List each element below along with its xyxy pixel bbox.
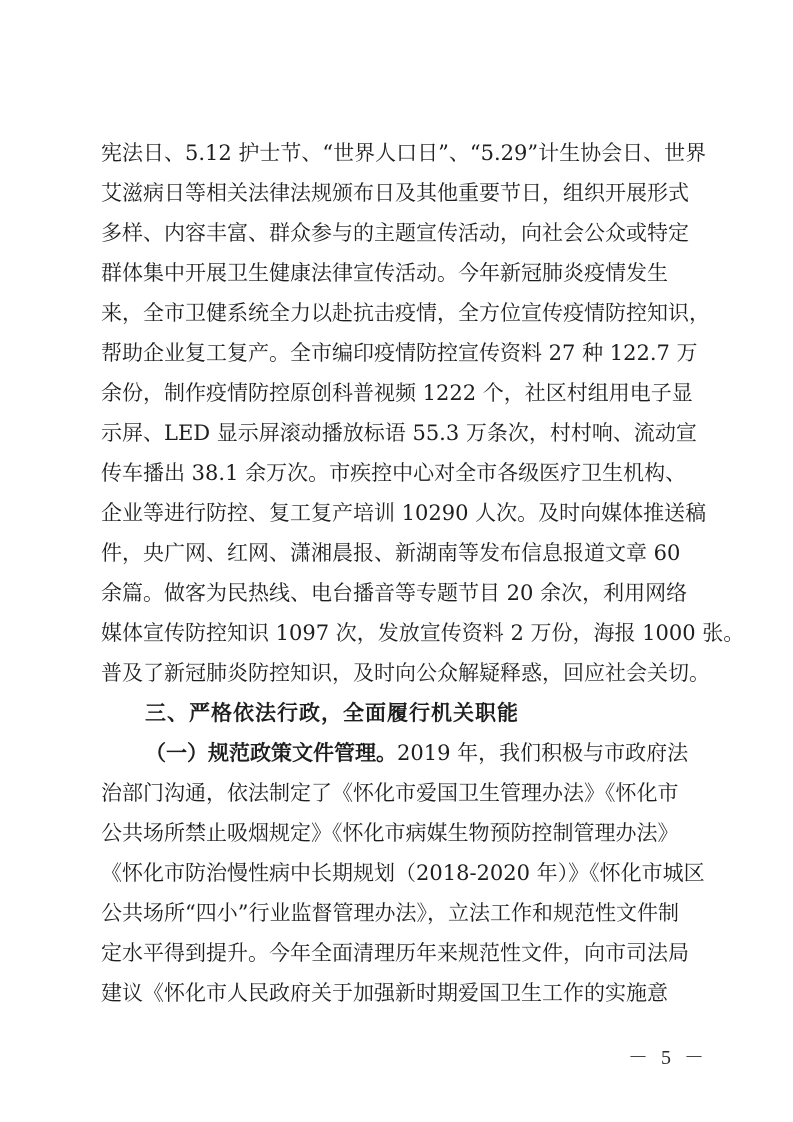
subsection-title: （一）规范政策文件管理。: [145, 741, 397, 765]
text-line: 余份，制作疫情防控原创科普视频 1222 个，社区村组用电子显: [101, 373, 691, 413]
section-heading: 三、严格依法行政，全面履行机关职能: [101, 693, 691, 733]
text-line: 传车播出 38.1 余万次。市疾控中心对全市各级医疗卫生机构、: [101, 453, 691, 493]
text-line: 帮助企业复工复产。全市编印疫情防控宣传资料 27 种 122.7 万: [101, 333, 691, 373]
text-line: 建议《怀化市人民政府关于加强新时期爱国卫生工作的实施意: [101, 973, 691, 1013]
text-line: 定水平得到提升。今年全面清理历年来规范性文件，向市司法局: [101, 933, 691, 973]
text-line: 艾滋病日等相关法律法规颁布日及其他重要节日，组织开展形式: [101, 173, 691, 213]
subsection-first-line-text: 2019 年，我们积极与市政府法: [397, 741, 688, 765]
text-line: 公共场所禁止吸烟规定》《怀化市病媒生物预防控制管理办法》: [101, 813, 691, 853]
text-line: 宪法日、5.12 护士节、“世界人口日”、“5.29”计生协会日、世界: [101, 133, 691, 173]
text-line: 件，央广网、红网、潇湘晨报、新湖南等发布信息报道文章 60: [101, 533, 691, 573]
text-line: 媒体宣传防控知识 1097 次，发放宣传资料 2 万份，海报 1000 张。: [101, 613, 691, 653]
text-line: 公共场所“四小”行业监督管理办法》，立法工作和规范性文件制: [101, 893, 691, 933]
text-line: 示屏、LED 显示屏滚动播放标语 55.3 万条次，村村响、流动宣: [101, 413, 691, 453]
page-number: － 5 －: [628, 1045, 708, 1071]
text-line: 《怀化市防治慢性病中长期规划（2018-2020 年）》《怀化市城区: [101, 853, 691, 893]
text-line: 群体集中开展卫生健康法律宣传活动。今年新冠肺炎疫情发生: [101, 253, 691, 293]
text-line: 多样、内容丰富、群众参与的主题宣传活动，向社会公众或特定: [101, 213, 691, 253]
text-line: 治部门沟通，依法制定了《怀化市爱国卫生管理办法》《怀化市: [101, 773, 691, 813]
text-line: 来，全市卫健系统全力以赴抗击疫情，全方位宣传疫情防控知识，: [101, 293, 691, 333]
body-text: 宪法日、5.12 护士节、“世界人口日”、“5.29”计生协会日、世界 艾滋病日…: [101, 133, 691, 1013]
subsection-first-line: （一）规范政策文件管理。2019 年，我们积极与市政府法: [101, 733, 691, 773]
document-page: 宪法日、5.12 护士节、“世界人口日”、“5.29”计生协会日、世界 艾滋病日…: [0, 0, 793, 1122]
text-line: 企业等进行防控、复工复产培训 10290 人次。及时向媒体推送稿: [101, 493, 691, 533]
text-line: 余篇。做客为民热线、电台播音等专题节目 20 余次，利用网络: [101, 573, 691, 613]
text-line: 普及了新冠肺炎防控知识，及时向公众解疑释惑，回应社会关切。: [101, 653, 691, 693]
